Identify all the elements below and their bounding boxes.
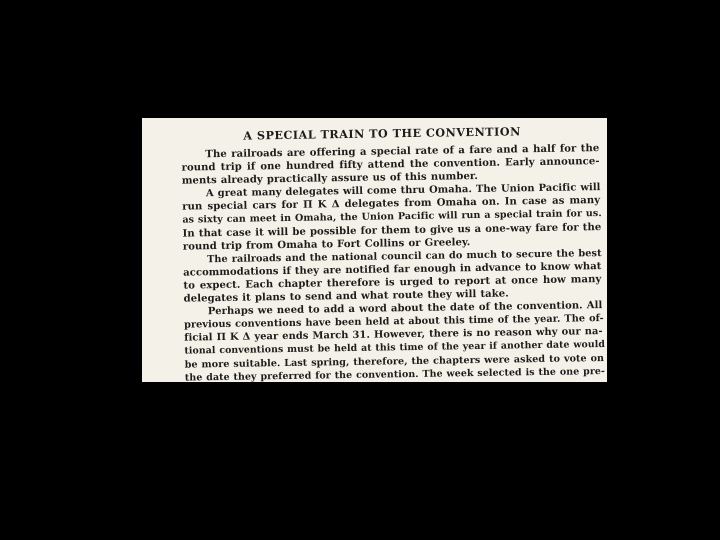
paragraph-date: Perhaps we need to add a word about the … (160, 299, 603, 382)
article: A SPECIAL TRAIN TO THE CONVENTION The ra… (157, 124, 603, 382)
paragraph-accommodations: The railroads and the national council c… (159, 247, 602, 306)
document-page: A SPECIAL TRAIN TO THE CONVENTION The ra… (142, 118, 607, 382)
paragraph-omaha: A great many delegates will come thru Om… (158, 181, 601, 253)
paragraph-fare: The railroads are offering a special rat… (157, 142, 600, 188)
article-title: A SPECIAL TRAIN TO THE CONVENTION (165, 124, 599, 144)
